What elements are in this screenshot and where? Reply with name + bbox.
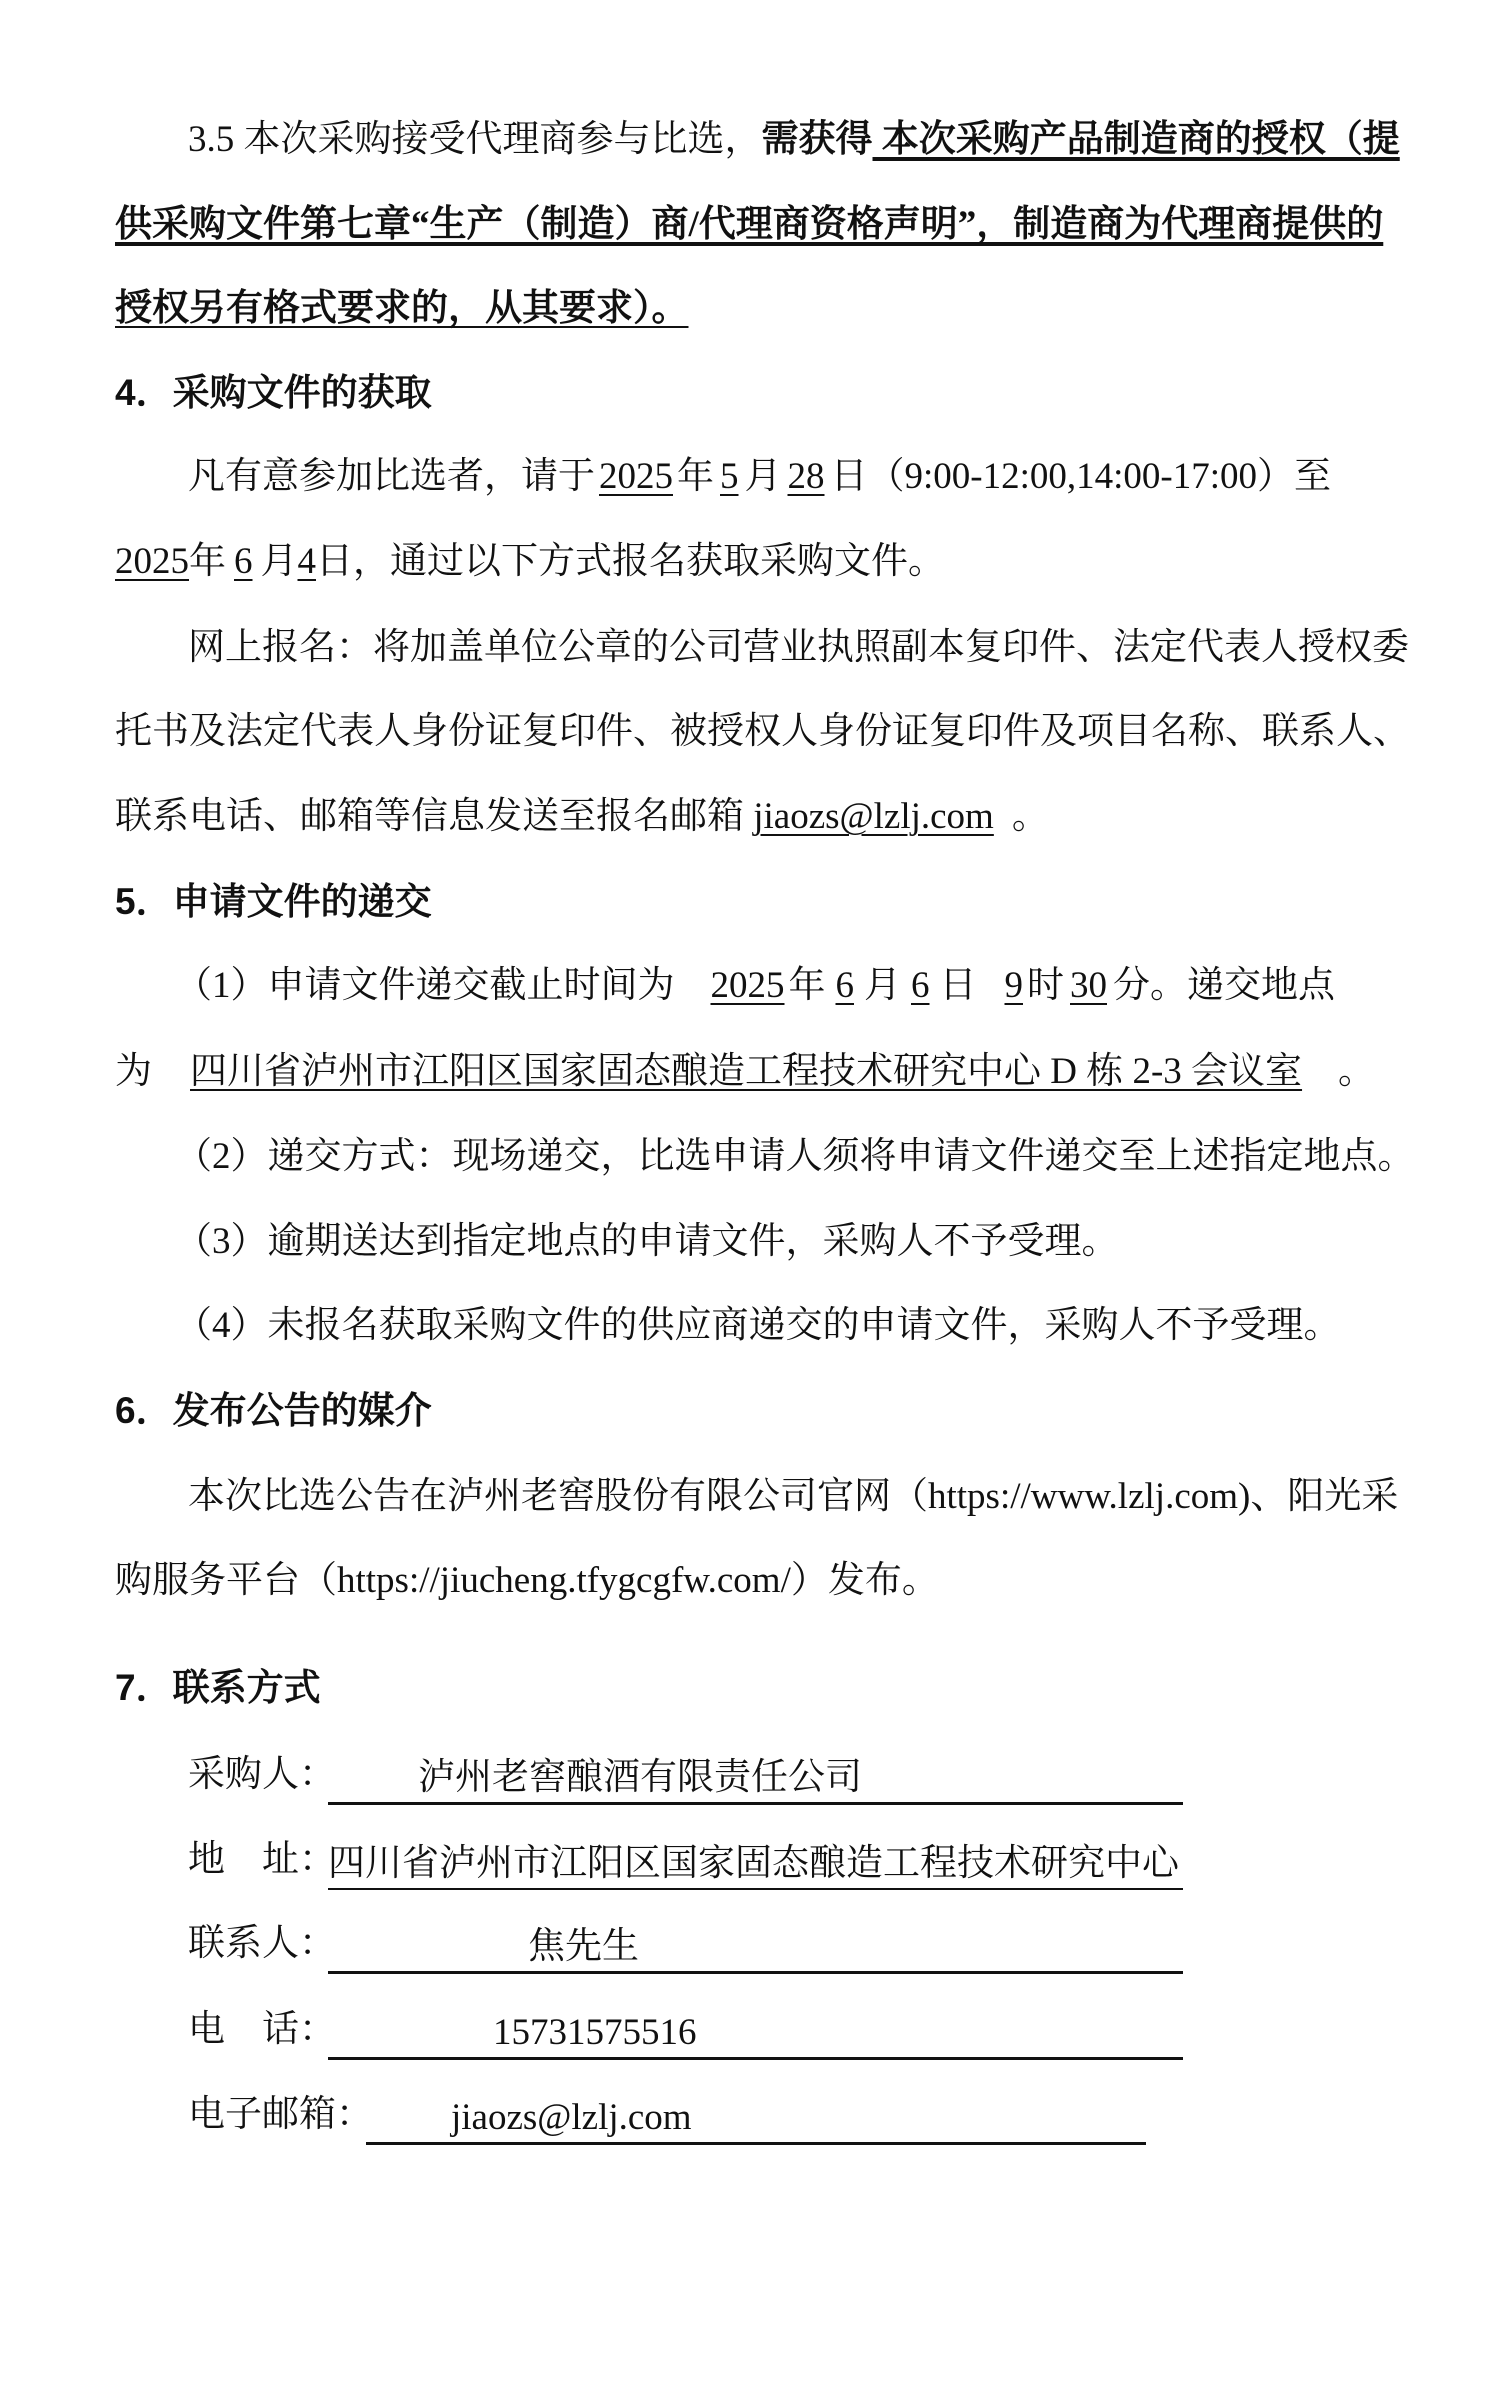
- address-value: 四川省泸州市江阳区国家固态酿造工程技术研究中心: [328, 1838, 1179, 1890]
- end-year: 2025: [115, 541, 189, 582]
- email-field: jiaozs@lzlj.com: [366, 2092, 1146, 2145]
- section-6-heading: 6．发布公告的媒介: [115, 1381, 1377, 1441]
- section-3-5-line-1: 3.5 本次采购接受代理商参与比选，需获得 本次采购产品制造商的授权（提: [188, 110, 1377, 170]
- text: （1）申请文件递交截止时间为: [175, 965, 675, 1006]
- start-month: 5: [714, 456, 745, 497]
- publication-media-line-1: 本次比选公告在泸州老窖股份有限公司官网（https://www.lzlj.com…: [188, 1467, 1377, 1527]
- submission-location-line: 为四川省泸州市江阳区国家固态酿造工程技术研究中心 D 栋 2-3 会议室。: [115, 1042, 1377, 1102]
- submission-location: 四川省泸州市江阳区国家固态酿造工程技术研究中心 D 栋 2-3 会议室: [152, 1051, 1338, 1092]
- contact-person-row: 联系人：焦先生: [188, 1914, 1183, 1974]
- text: 。: [1012, 796, 1049, 837]
- phone-label: 电 话：: [188, 2000, 328, 2060]
- acquisition-period-line-1: 凡有意参加比选者，请于2025年5月28日（9:00-12:00,14:00-1…: [188, 447, 1377, 507]
- start-year: 2025: [595, 456, 677, 497]
- phone-field: 15731575516: [328, 2007, 1183, 2060]
- contact-purchaser-row: 采购人：泸州老窖酿酒有限责任公司: [188, 1745, 1183, 1805]
- text: 时: [1027, 965, 1064, 1006]
- deadline-minute: 30: [1064, 965, 1113, 1006]
- section-3-5-line-2: 供采购文件第七章“生产（制造）商/代理商资格声明”，制造商为代理商提供的: [115, 195, 1377, 255]
- contact-phone-row: 电 话：15731575516: [188, 2000, 1183, 2060]
- text: 日，通过以下方式报名获取采购文件。: [316, 541, 945, 582]
- late-submission-rule: （3）逾期送达到指定地点的申请文件，采购人不予受理。: [175, 1212, 1364, 1272]
- authorization-requirement-end: 授权另有格式要求的，从其要求）。: [115, 288, 689, 329]
- unregistered-supplier-rule: （4）未报名获取采购文件的供应商递交的申请文件，采购人不予受理。: [175, 1296, 1364, 1356]
- deadline-day: 6: [901, 965, 940, 1006]
- deadline-hour: 9: [977, 965, 1028, 1006]
- end-month: 6: [226, 541, 261, 582]
- text: 日（9:00-12:00,14:00-17:00）至: [831, 456, 1332, 497]
- end-day: 4: [298, 541, 317, 582]
- text: 为: [115, 1051, 152, 1092]
- section-3-5-prefix: 3.5 本次采购接受代理商参与比选，: [188, 119, 762, 160]
- section-4-heading: 4．采购文件的获取: [115, 363, 1377, 423]
- phone-value: 15731575516: [493, 2007, 697, 2059]
- registration-email-link[interactable]: jiaozs@lzlj.com: [753, 796, 1012, 837]
- online-registration-line-1: 网上报名：将加盖单位公章的公司营业执照副本复印件、法定代表人授权委: [188, 618, 1377, 678]
- text: 凡有意参加比选者，请于: [188, 456, 595, 497]
- section-3-5-line-3: 授权另有格式要求的，从其要求）。: [115, 279, 1377, 339]
- purchaser-field: 泸州老窖酿酒有限责任公司: [328, 1752, 1183, 1805]
- online-registration-line-2: 托书及法定代表人身份证复印件、被授权人身份证复印件及项目名称、联系人、: [115, 702, 1377, 762]
- contact-address-row: 地 址：四川省泸州市江阳区国家固态酿造工程技术研究中心: [188, 1830, 1183, 1890]
- address-label: 地 址：: [188, 1830, 328, 1890]
- purchaser-value: 泸州老窖酿酒有限责任公司: [418, 1752, 862, 1804]
- address-field: 四川省泸州市江阳区国家固态酿造工程技术研究中心: [328, 1838, 1183, 1890]
- text: 月: [745, 456, 782, 497]
- section-5-heading: 5．申请文件的递交: [115, 872, 1377, 932]
- text: 联系电话、邮箱等信息发送至报名邮箱: [115, 796, 744, 837]
- submission-method: （2）递交方式：现场递交，比选申请人须将申请文件递交至上述指定地点。: [175, 1127, 1364, 1187]
- text: 分。递交地点: [1113, 965, 1335, 1006]
- text: 日: [940, 965, 977, 1006]
- authorization-requirement-cont: 供采购文件第七章“生产（制造）商/代理商资格声明”，制造商为代理商提供的: [115, 204, 1383, 245]
- start-day: 28: [782, 456, 831, 497]
- deadline-month: 6: [826, 965, 865, 1006]
- email-label: 电子邮箱：: [188, 2085, 366, 2145]
- contact-label: 联系人：: [188, 1914, 328, 1974]
- contact-email-row: 电子邮箱：jiaozs@lzlj.com: [188, 2085, 1146, 2145]
- contact-field: 焦先生: [328, 1921, 1183, 1974]
- submission-deadline-line: （1）申请文件递交截止时间为2025年6月6日9时30分。递交地点: [175, 956, 1364, 1016]
- text: 年: [677, 456, 714, 497]
- deadline-year: 2025: [675, 965, 789, 1006]
- publication-media-line-2: 购服务平台（https://jiucheng.tfygcgfw.com/）发布。: [115, 1551, 1377, 1611]
- text: 年: [189, 541, 226, 582]
- section-7-heading: 7．联系方式: [115, 1658, 1377, 1718]
- purchaser-label: 采购人：: [188, 1745, 328, 1805]
- text: 。: [1338, 1051, 1375, 1092]
- bold-lead: 需获得: [762, 119, 873, 160]
- text: 年: [789, 965, 826, 1006]
- text: 月: [261, 541, 298, 582]
- contact-value: 焦先生: [528, 1921, 639, 1973]
- authorization-requirement: 本次采购产品制造商的授权（提: [873, 119, 1400, 160]
- online-registration-line-3: 联系电话、邮箱等信息发送至报名邮箱 jiaozs@lzlj.com。: [115, 787, 1377, 847]
- text: 月: [864, 965, 901, 1006]
- email-value[interactable]: jiaozs@lzlj.com: [451, 2092, 692, 2144]
- acquisition-period-line-2: 2025年6月4日，通过以下方式报名获取采购文件。: [115, 532, 1377, 592]
